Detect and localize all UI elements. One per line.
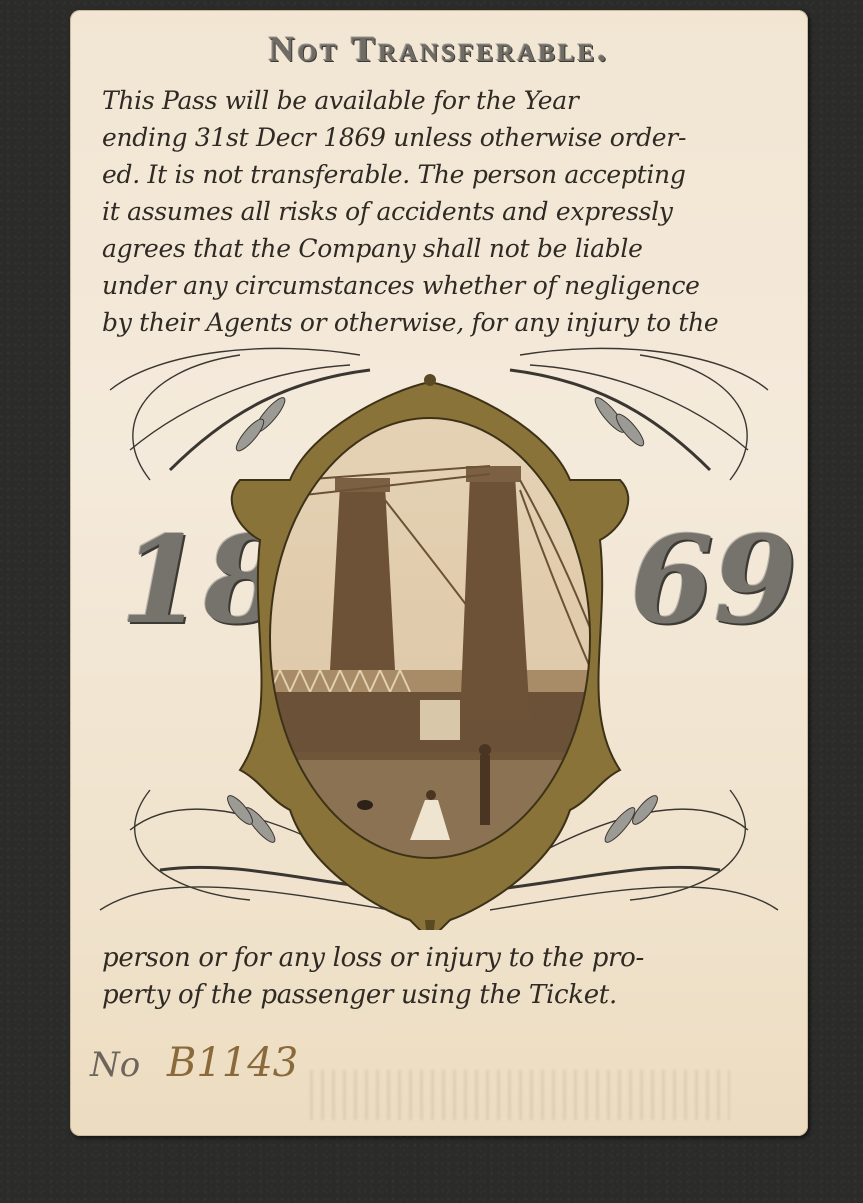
terms-lower-text: person or for any loss or injury to the … [102, 940, 782, 1014]
terms-line: under any circumstances whether of negli… [102, 267, 782, 304]
terms-line: perty of the passenger using the Ticket. [102, 977, 782, 1014]
terms-line: This Pass will be available for the Year [102, 82, 782, 119]
terms-line: agrees that the Company shall not be lia… [102, 230, 782, 267]
year-digits-right: 69 [630, 510, 797, 651]
terms-line: by their Agents or otherwise, for any in… [102, 304, 782, 341]
railway-pass-card: Not Transferable. This Pass will be avai… [70, 10, 808, 1136]
serial-number: No B1143 [90, 1040, 298, 1086]
bridge-photograph [220, 370, 640, 930]
terms-line: ed. It is not transferable. The person a… [102, 156, 782, 193]
serial-value: B1143 [167, 1040, 298, 1086]
faded-signature [310, 1070, 730, 1120]
not-transferable-heading: Not Transferable. [70, 28, 808, 70]
terms-line: person or for any loss or injury to the … [102, 940, 782, 977]
terms-line: it assumes all risks of accidents and ex… [102, 193, 782, 230]
terms-line: ending 31st Decr 1869 unless otherwise o… [102, 119, 782, 156]
serial-prefix: No [90, 1045, 140, 1085]
terms-upper-text: This Pass will be available for the Year… [102, 82, 782, 341]
